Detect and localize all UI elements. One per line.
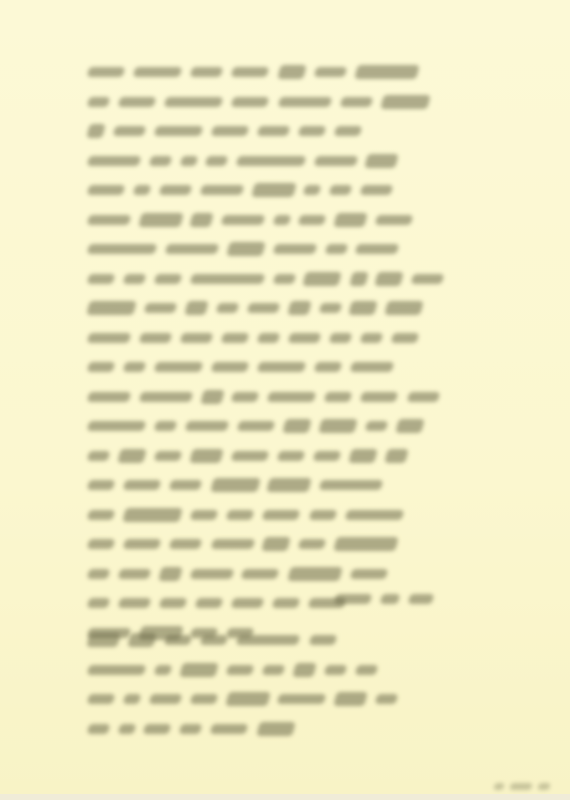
handwritten-line <box>88 560 558 590</box>
handwritten-word <box>329 185 352 195</box>
handwritten-word <box>185 421 229 431</box>
handwritten-word <box>349 272 368 286</box>
handwritten-line <box>88 58 558 88</box>
handwritten-word <box>164 244 218 254</box>
handwritten-word <box>278 97 332 107</box>
handwritten-word <box>350 569 389 579</box>
handwritten-word <box>133 67 182 77</box>
handwritten-word <box>257 126 291 136</box>
handwritten-word <box>87 97 110 107</box>
handwritten-word <box>164 97 224 107</box>
handwritten-word <box>225 692 270 706</box>
handwritten-word <box>144 303 178 313</box>
handwritten-line <box>88 656 558 686</box>
handwritten-word <box>408 594 434 604</box>
handwritten-word <box>298 126 326 136</box>
handwritten-word <box>273 244 317 254</box>
handwritten-word <box>180 156 198 166</box>
letter-postscript <box>88 626 558 744</box>
handwritten-word <box>195 598 223 608</box>
handwritten-line <box>88 265 558 295</box>
handwritten-word <box>406 392 440 402</box>
handwritten-word <box>159 598 187 608</box>
handwritten-word <box>267 478 312 492</box>
handwritten-word <box>251 183 296 197</box>
handwritten-word <box>87 451 110 461</box>
handwritten-word <box>123 480 162 490</box>
handwritten-word <box>154 274 182 284</box>
handwritten-line <box>88 324 558 354</box>
handwritten-word <box>334 594 372 604</box>
handwritten-line <box>88 530 558 560</box>
handwritten-word <box>118 569 152 579</box>
handwritten-line <box>88 206 558 236</box>
handwritten-word <box>189 213 213 227</box>
handwritten-word <box>117 449 146 463</box>
handwritten-word <box>262 665 285 675</box>
handwritten-word <box>159 185 193 195</box>
handwritten-word <box>375 272 404 286</box>
handwritten-word <box>200 185 244 195</box>
handwritten-word <box>314 156 358 166</box>
handwritten-word <box>190 67 224 77</box>
handwritten-line <box>88 383 558 413</box>
handwritten-word <box>385 301 425 315</box>
handwritten-line <box>88 88 558 118</box>
handwritten-word <box>324 392 352 402</box>
handwritten-word <box>298 539 326 549</box>
handwritten-word <box>87 569 110 579</box>
handwritten-line <box>88 589 558 619</box>
letter-closing <box>335 594 433 604</box>
handwritten-word <box>231 598 265 608</box>
handwritten-word <box>118 724 136 734</box>
handwritten-word <box>354 65 420 79</box>
handwritten-word <box>86 633 121 647</box>
handwritten-word <box>221 333 249 343</box>
handwritten-word <box>210 539 254 549</box>
handwritten-word <box>179 663 219 677</box>
handwritten-word <box>154 362 203 372</box>
handwritten-word <box>287 301 311 315</box>
handwritten-word <box>200 635 228 645</box>
handwritten-word <box>87 598 110 608</box>
handwritten-word <box>226 242 266 256</box>
handwritten-word <box>210 478 260 492</box>
handwritten-word <box>180 333 214 343</box>
handwritten-word <box>282 419 311 433</box>
handwritten-word <box>319 480 384 490</box>
handwritten-word <box>184 301 208 315</box>
handwritten-word <box>365 154 400 168</box>
handwritten-line <box>88 353 558 383</box>
handwritten-word <box>324 244 347 254</box>
handwritten-word <box>122 508 183 522</box>
handwritten-word <box>231 392 259 402</box>
handwritten-word <box>292 663 316 677</box>
handwritten-word <box>298 215 326 225</box>
handwritten-word <box>365 421 388 431</box>
handwritten-word <box>154 421 177 431</box>
handwritten-word <box>87 694 115 704</box>
handwritten-word <box>360 392 399 402</box>
handwritten-word <box>123 362 146 372</box>
handwritten-word <box>138 392 192 402</box>
handwritten-word <box>411 274 445 284</box>
handwritten-word <box>205 156 228 166</box>
handwritten-word <box>87 67 126 77</box>
handwritten-word <box>395 419 424 433</box>
handwritten-word <box>303 272 343 286</box>
handwritten-word <box>287 567 342 581</box>
handwritten-word <box>360 333 383 343</box>
handwritten-word <box>87 274 115 284</box>
handwritten-line <box>88 715 558 745</box>
handwritten-word <box>221 215 265 225</box>
handwritten-line <box>88 412 558 442</box>
handwritten-word <box>210 362 249 372</box>
handwritten-line <box>88 147 558 177</box>
handwritten-line <box>88 117 558 147</box>
handwritten-word <box>288 333 322 343</box>
handwritten-word <box>257 362 306 372</box>
handwritten-word <box>334 126 362 136</box>
handwritten-word <box>149 156 172 166</box>
handwritten-word <box>169 480 203 490</box>
handwritten-word <box>190 274 265 284</box>
handwritten-word <box>87 333 131 343</box>
handwritten-word <box>87 539 115 549</box>
handwritten-word <box>257 333 280 343</box>
handwritten-word <box>87 185 126 195</box>
handwritten-word <box>349 301 378 315</box>
handwritten-word <box>267 392 316 402</box>
handwritten-word <box>118 97 157 107</box>
handwritten-line <box>88 176 558 206</box>
handwritten-word <box>241 569 280 579</box>
handwritten-line <box>88 294 558 324</box>
handwritten-line <box>88 471 558 501</box>
handwritten-word <box>231 97 270 107</box>
handwritten-line <box>88 626 558 656</box>
handwritten-word <box>354 665 377 675</box>
handwritten-word <box>138 213 183 227</box>
handwritten-word <box>87 510 115 520</box>
handwritten-word <box>246 303 280 313</box>
handwritten-word <box>138 333 172 343</box>
handwritten-word <box>87 215 131 225</box>
handwritten-word <box>355 244 399 254</box>
handwritten-word <box>210 724 249 734</box>
handwritten-word <box>158 567 182 581</box>
handwritten-word <box>236 421 275 431</box>
handwritten-word <box>375 215 414 225</box>
handwritten-line <box>88 685 558 715</box>
handwritten-word <box>86 301 136 315</box>
handwritten-word <box>190 694 218 704</box>
handwritten-word <box>277 451 305 461</box>
handwritten-word <box>210 126 249 136</box>
handwritten-word <box>236 635 301 645</box>
handwritten-word <box>380 594 400 604</box>
handwritten-word <box>318 303 341 313</box>
handwritten-word <box>87 421 147 431</box>
handwritten-word <box>127 633 156 647</box>
handwritten-word <box>154 451 182 461</box>
handwritten-word <box>87 392 131 402</box>
handwritten-word <box>226 665 254 675</box>
handwritten-word <box>390 333 418 343</box>
letter-page <box>0 0 570 800</box>
handwritten-word <box>86 124 105 138</box>
handwritten-word <box>277 694 326 704</box>
handwritten-word <box>313 451 341 461</box>
handwritten-word <box>200 390 224 404</box>
handwritten-word <box>169 539 203 549</box>
handwritten-word <box>123 539 162 549</box>
handwritten-word <box>308 635 336 645</box>
handwritten-word <box>87 244 157 254</box>
handwritten-word <box>303 185 321 195</box>
handwritten-word <box>179 724 202 734</box>
handwritten-line <box>88 235 558 265</box>
handwritten-word <box>349 449 378 463</box>
handwritten-word <box>340 97 374 107</box>
handwritten-word <box>308 510 336 520</box>
handwritten-word <box>272 274 295 284</box>
handwritten-word <box>380 95 430 109</box>
handwritten-word <box>148 694 182 704</box>
handwritten-word <box>189 449 224 463</box>
handwritten-word <box>123 274 146 284</box>
handwritten-word <box>344 510 404 520</box>
handwritten-word <box>87 362 115 372</box>
handwritten-word <box>318 419 358 433</box>
handwritten-word <box>87 724 110 734</box>
handwritten-word <box>236 156 306 166</box>
handwritten-word <box>118 598 152 608</box>
handwritten-word <box>87 480 115 490</box>
handwritten-word <box>87 665 147 675</box>
handwritten-line <box>88 442 558 472</box>
handwritten-word <box>385 449 409 463</box>
handwritten-word <box>226 510 254 520</box>
handwritten-word <box>329 333 352 343</box>
handwritten-line <box>88 501 558 531</box>
handwritten-word <box>333 213 368 227</box>
handwritten-word <box>143 724 171 734</box>
handwritten-word <box>324 665 347 675</box>
handwritten-word <box>87 156 141 166</box>
handwritten-word <box>164 635 192 645</box>
handwritten-word <box>272 215 290 225</box>
handwritten-word <box>190 569 234 579</box>
letter-body <box>88 58 558 648</box>
handwritten-word <box>256 722 296 736</box>
handwritten-word <box>314 362 342 372</box>
handwritten-word <box>333 692 368 706</box>
page-marker <box>494 783 550 790</box>
page-edge <box>0 794 570 800</box>
handwritten-word <box>277 65 306 79</box>
handwritten-word <box>261 537 290 551</box>
handwritten-word <box>154 665 172 675</box>
handwritten-word <box>350 362 394 372</box>
handwritten-word <box>154 126 203 136</box>
handwritten-word <box>123 694 141 704</box>
handwritten-word <box>360 185 394 195</box>
handwritten-word <box>112 126 146 136</box>
handwritten-word <box>190 510 218 520</box>
handwritten-word <box>333 537 399 551</box>
handwritten-word <box>216 303 239 313</box>
handwritten-word <box>262 510 301 520</box>
handwritten-word <box>375 694 398 704</box>
handwritten-word <box>231 451 270 461</box>
handwritten-word <box>231 67 270 77</box>
handwritten-word <box>272 598 300 608</box>
handwritten-word <box>133 185 151 195</box>
handwritten-word <box>314 67 348 77</box>
